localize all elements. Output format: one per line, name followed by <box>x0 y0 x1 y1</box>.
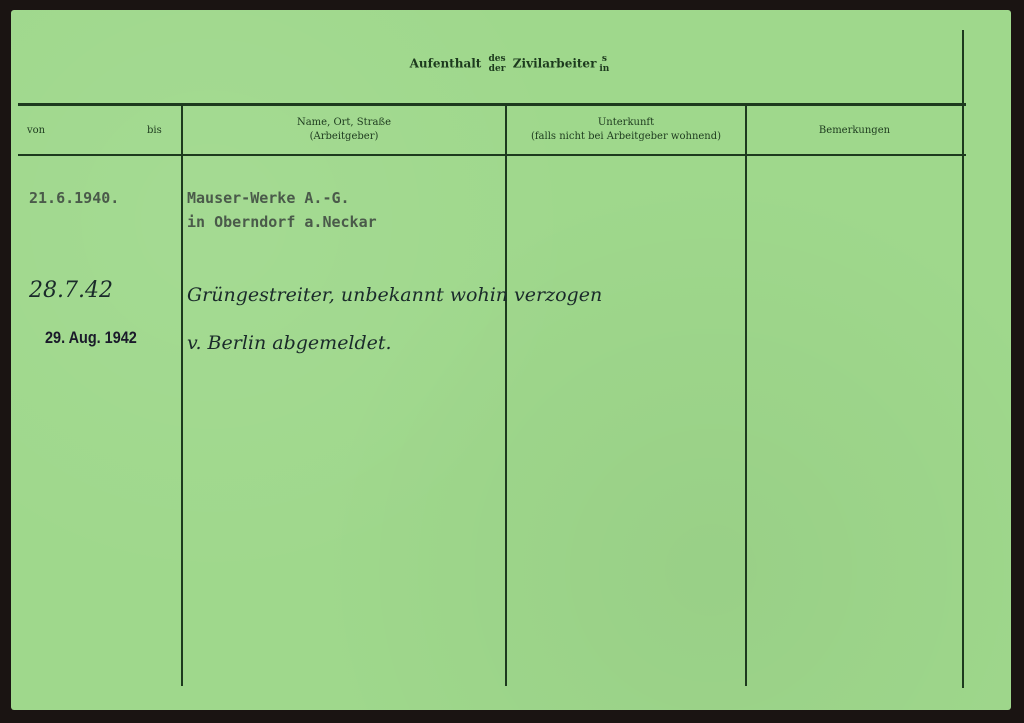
header-von: von <box>27 124 45 138</box>
header-top-rule <box>18 103 966 106</box>
header-unterkunft-line1: Unterkunft <box>507 116 745 130</box>
title-suffix: s in <box>599 54 609 74</box>
entry-2-note-line2: v. Berlin abgemeldet. <box>187 332 392 354</box>
header-unterkunft: Unterkunft (falls nicht bei Arbeitgeber … <box>507 116 745 144</box>
title-article: des der <box>489 54 506 74</box>
suffix-bottom: in <box>599 64 609 74</box>
col-divider-1 <box>181 106 183 686</box>
entry-1-date: 21.6.1940. <box>29 186 119 210</box>
title-main: Aufenthalt <box>410 57 482 71</box>
header-bis: bis <box>147 124 162 138</box>
col-divider-2 <box>505 106 507 686</box>
entry-2-handwritten-date: 28.7.42 <box>29 278 113 303</box>
title-noun: Zivilarbeiter <box>513 57 597 71</box>
entry-1-employer-line2: in Oberndorf a.Neckar <box>187 210 377 234</box>
header-name-line1: Name, Ort, Straße <box>183 116 505 130</box>
entry-1-employer-line1: Mauser-Werke A.-G. <box>187 186 377 210</box>
header-unterkunft-line2: (falls nicht bei Arbeitgeber wohnend) <box>507 130 745 144</box>
card-title: Aufenthalt des der Zivilarbeiter s in <box>11 54 1011 74</box>
entry-2-note-line1: Grüngestreiter, unbekannt wohin verzogen <box>187 284 602 306</box>
header-name: Name, Ort, Straße (Arbeitgeber) <box>183 116 505 144</box>
entry-2-date-stamp: 29. Aug. 1942 <box>45 328 137 348</box>
col-divider-4 <box>962 30 964 688</box>
header-bemerkungen: Bemerkungen <box>747 124 962 138</box>
registration-card: Aufenthalt des der Zivilarbeiter s in vo… <box>11 10 1011 710</box>
entry-1-employer: Mauser-Werke A.-G. in Oberndorf a.Neckar <box>187 186 377 234</box>
col-divider-3 <box>745 106 747 686</box>
article-bottom: der <box>489 64 506 74</box>
header-name-line2: (Arbeitgeber) <box>183 130 505 144</box>
article-top: des <box>489 54 506 64</box>
suffix-top: s <box>599 54 609 64</box>
header-bottom-rule <box>18 154 966 156</box>
